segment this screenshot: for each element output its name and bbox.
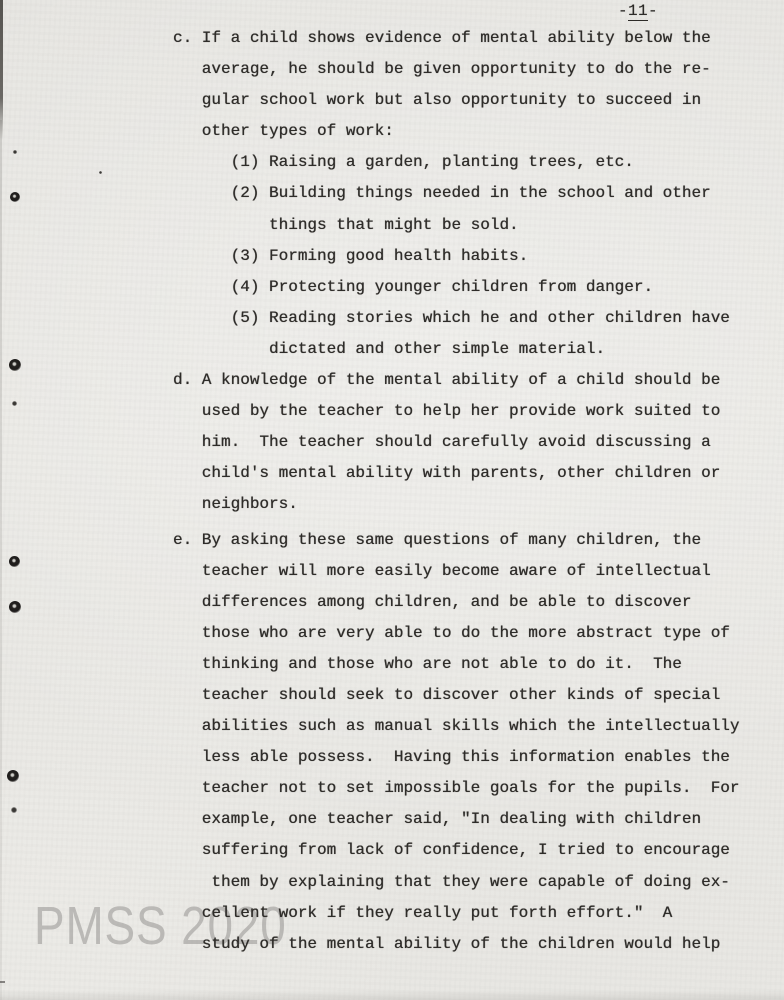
text-line: those who are very able to do the more a… bbox=[173, 618, 740, 649]
text-line: example, one teacher said, "In dealing w… bbox=[173, 804, 740, 835]
text-line: differences among children, and be able … bbox=[173, 587, 740, 618]
text-line: suffering from lack of confidence, I tri… bbox=[173, 835, 740, 866]
text-line: dictated and other simple material. bbox=[173, 334, 740, 365]
text-line: (2) Building things needed in the school… bbox=[173, 178, 740, 209]
scan-spot bbox=[99, 171, 102, 174]
text-line: (1) Raising a garden, planting trees, et… bbox=[173, 147, 740, 178]
text-line: c. If a child shows evidence of mental a… bbox=[173, 23, 740, 54]
text-line: other types of work: bbox=[173, 116, 740, 147]
text-line: e. By asking these same questions of man… bbox=[173, 525, 740, 556]
scan-edge-artifact bbox=[0, 0, 3, 140]
text-line: child's mental ability with parents, oth… bbox=[173, 458, 740, 489]
text-line: d. A knowledge of the mental ability of … bbox=[173, 365, 740, 396]
page-number-suffix: - bbox=[648, 2, 658, 20]
scan-edge-faint-line bbox=[0, 120, 2, 1000]
text-line: things that might be sold. bbox=[173, 210, 740, 241]
text-line: gular school work but also opportunity t… bbox=[173, 85, 740, 116]
scan-spot bbox=[10, 192, 20, 202]
page-number-value: 11 bbox=[628, 2, 648, 21]
text-line: used by the teacher to help her provide … bbox=[173, 396, 740, 427]
text-line: (3) Forming good health habits. bbox=[173, 241, 740, 272]
text-line: cellent work if they really put forth ef… bbox=[173, 898, 740, 929]
text-line: teacher not to set impossible goals for … bbox=[173, 773, 740, 804]
scan-spot bbox=[11, 807, 17, 813]
text-line: average, he should be given opportunity … bbox=[173, 54, 740, 85]
scan-spot bbox=[12, 401, 17, 406]
page-number-prefix: - bbox=[618, 2, 628, 20]
text-line: him. The teacher should carefully avoid … bbox=[173, 427, 740, 458]
scan-spot bbox=[7, 770, 19, 782]
typewritten-text-block: c. If a child shows evidence of mental a… bbox=[173, 23, 740, 960]
text-line: less able possess. Having this informati… bbox=[173, 742, 740, 773]
text-line: them by explaining that they were capabl… bbox=[173, 867, 740, 898]
scan-spot bbox=[13, 150, 17, 154]
text-line: (4) Protecting younger children from dan… bbox=[173, 272, 740, 303]
page-number: -11- bbox=[618, 2, 658, 20]
scan-spot bbox=[9, 556, 20, 567]
text-line: thinking and those who are not able to d… bbox=[173, 649, 740, 680]
text-line: abilities such as manual skills which th… bbox=[173, 711, 740, 742]
text-line: neighbors. bbox=[173, 489, 740, 520]
text-line: study of the mental ability of the child… bbox=[173, 929, 740, 960]
scan-edge-dash bbox=[0, 981, 5, 983]
text-line: teacher will more easily become aware of… bbox=[173, 556, 740, 587]
scan-spot bbox=[9, 359, 21, 371]
scan-bottom-shadow bbox=[0, 990, 784, 1000]
text-line: (5) Reading stories which he and other c… bbox=[173, 303, 740, 334]
scan-spot bbox=[9, 601, 21, 613]
text-line: teacher should seek to discover other ki… bbox=[173, 680, 740, 711]
